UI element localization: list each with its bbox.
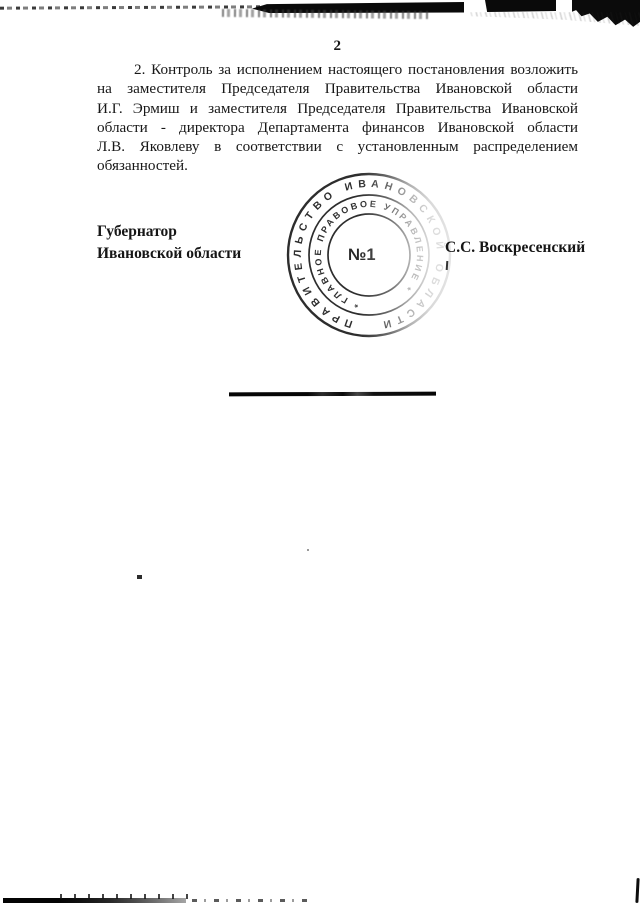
paragraph-line: И.Г. Эрмиш и заместителя Председателя Пр…	[97, 99, 578, 118]
paragraph-line: на заместителя Председателя Правительств…	[97, 79, 578, 98]
scan-artifact-smudge	[222, 9, 430, 19]
page-number: 2	[97, 38, 578, 55]
paragraph-line: Л.В. Яковлеву в соответствии с установле…	[97, 137, 578, 156]
stamp-center-number: №1	[348, 246, 376, 264]
signatory-title-line1: Губернатор	[97, 221, 241, 243]
official-round-stamp: ПРАВИТЕЛЬСТВО ИВАНОВСКОЙ ОБЛАСТИ * ГЛАВН…	[270, 155, 470, 355]
scan-artifact-corner-mark	[635, 878, 639, 903]
paragraph-line: 2. Контроль за исполнением настоящего по…	[97, 60, 578, 79]
scan-artifact-dashes	[192, 899, 310, 902]
divider-line	[229, 392, 436, 396]
paragraph-line: области - директора Департамента финансо…	[97, 118, 578, 137]
signatory-name: С.С. Воскресенский	[445, 239, 585, 257]
scan-artifact-speck	[137, 575, 142, 579]
scan-artifact-ticks	[60, 894, 190, 899]
scan-artifact-speck	[307, 549, 309, 551]
scan-artifact-noise	[470, 12, 640, 26]
signatory-title: Губернатор Ивановской области	[97, 221, 241, 265]
scan-artifact-bar	[485, 0, 556, 12]
signatory-title-line2: Ивановской области	[97, 243, 241, 265]
scanned-document-page: 2 2. Контроль за исполнением настоящего …	[0, 0, 640, 905]
